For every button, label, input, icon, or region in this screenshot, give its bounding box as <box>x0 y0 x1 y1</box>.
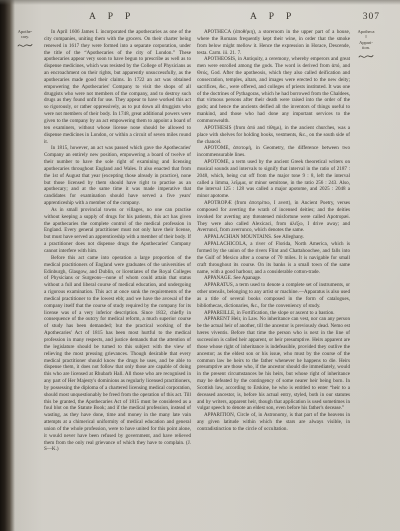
article-paragraph-apparent-heir: APPARENT Heir, in Law. No inheritance ca… <box>197 316 350 412</box>
article-paragraph-appareille: APPAREILLE, in Fortification, the slope … <box>197 310 350 317</box>
margin-flourish-icon <box>17 42 33 49</box>
article-paragraph: As in small provincial towns or villages… <box>44 207 191 255</box>
article-paragraph-apotheca: APOTHECA (ἀποθήκη), a storeroom in the u… <box>197 29 350 56</box>
book-page: A P P A P P 307 Apothe- cary. In April 1… <box>0 0 400 531</box>
article-paragraph-apotropae: APOTROPÆ (from ἀποτρέπω, I avert), in An… <box>197 200 350 234</box>
article-paragraph: In April 1606 James I. incorporated the … <box>44 29 191 145</box>
article-paragraph-apothesis: APOTHESIS (from ἀπό and τίθημι), in the … <box>197 125 350 146</box>
margin-flourish-icon <box>358 53 374 60</box>
binding-shadow <box>0 0 15 531</box>
article-paragraph-appalachicola: APPALACHICOLA, a river of Florida, North… <box>197 241 350 275</box>
page-number: 307 <box>363 12 380 22</box>
article-paragraph-apotheosis: APOTHEOSIS, in Antiquity, a ceremony, wh… <box>197 56 350 124</box>
article-paragraph-apotome-geometry: APOTOME, ἀποτομή, in Geometry, the diffe… <box>197 145 350 159</box>
margin-note-line: cary. <box>10 34 40 39</box>
article-paragraph: In 1815, however, an act was passed whic… <box>44 145 191 207</box>
margin-note-line: tion. <box>351 45 381 50</box>
article-paragraph: Before this act came into operation a la… <box>44 255 191 453</box>
scan-top-edge <box>0 0 400 5</box>
left-text-column: In April 1606 James I. incorporated the … <box>44 29 191 453</box>
article-paragraph-apparatus: APPARATUS, a term used to denote a compl… <box>197 282 350 309</box>
article-paragraph-apotome-music: APOTOME, a term used by the ancient Gree… <box>197 159 350 200</box>
margin-note-range: Apotheca ‖ Appari- tion. <box>351 29 381 60</box>
running-head-left: A P P <box>89 12 135 22</box>
margin-note-apothecary: Apothe- cary. <box>10 29 40 49</box>
article-paragraph-apparition: APPARITION, Circle of, in Astronomy, is … <box>197 412 350 433</box>
right-text-column: APOTHECA (ἀποθήκη), a storeroom in the u… <box>197 29 350 433</box>
running-head-right: A P P <box>250 12 296 22</box>
